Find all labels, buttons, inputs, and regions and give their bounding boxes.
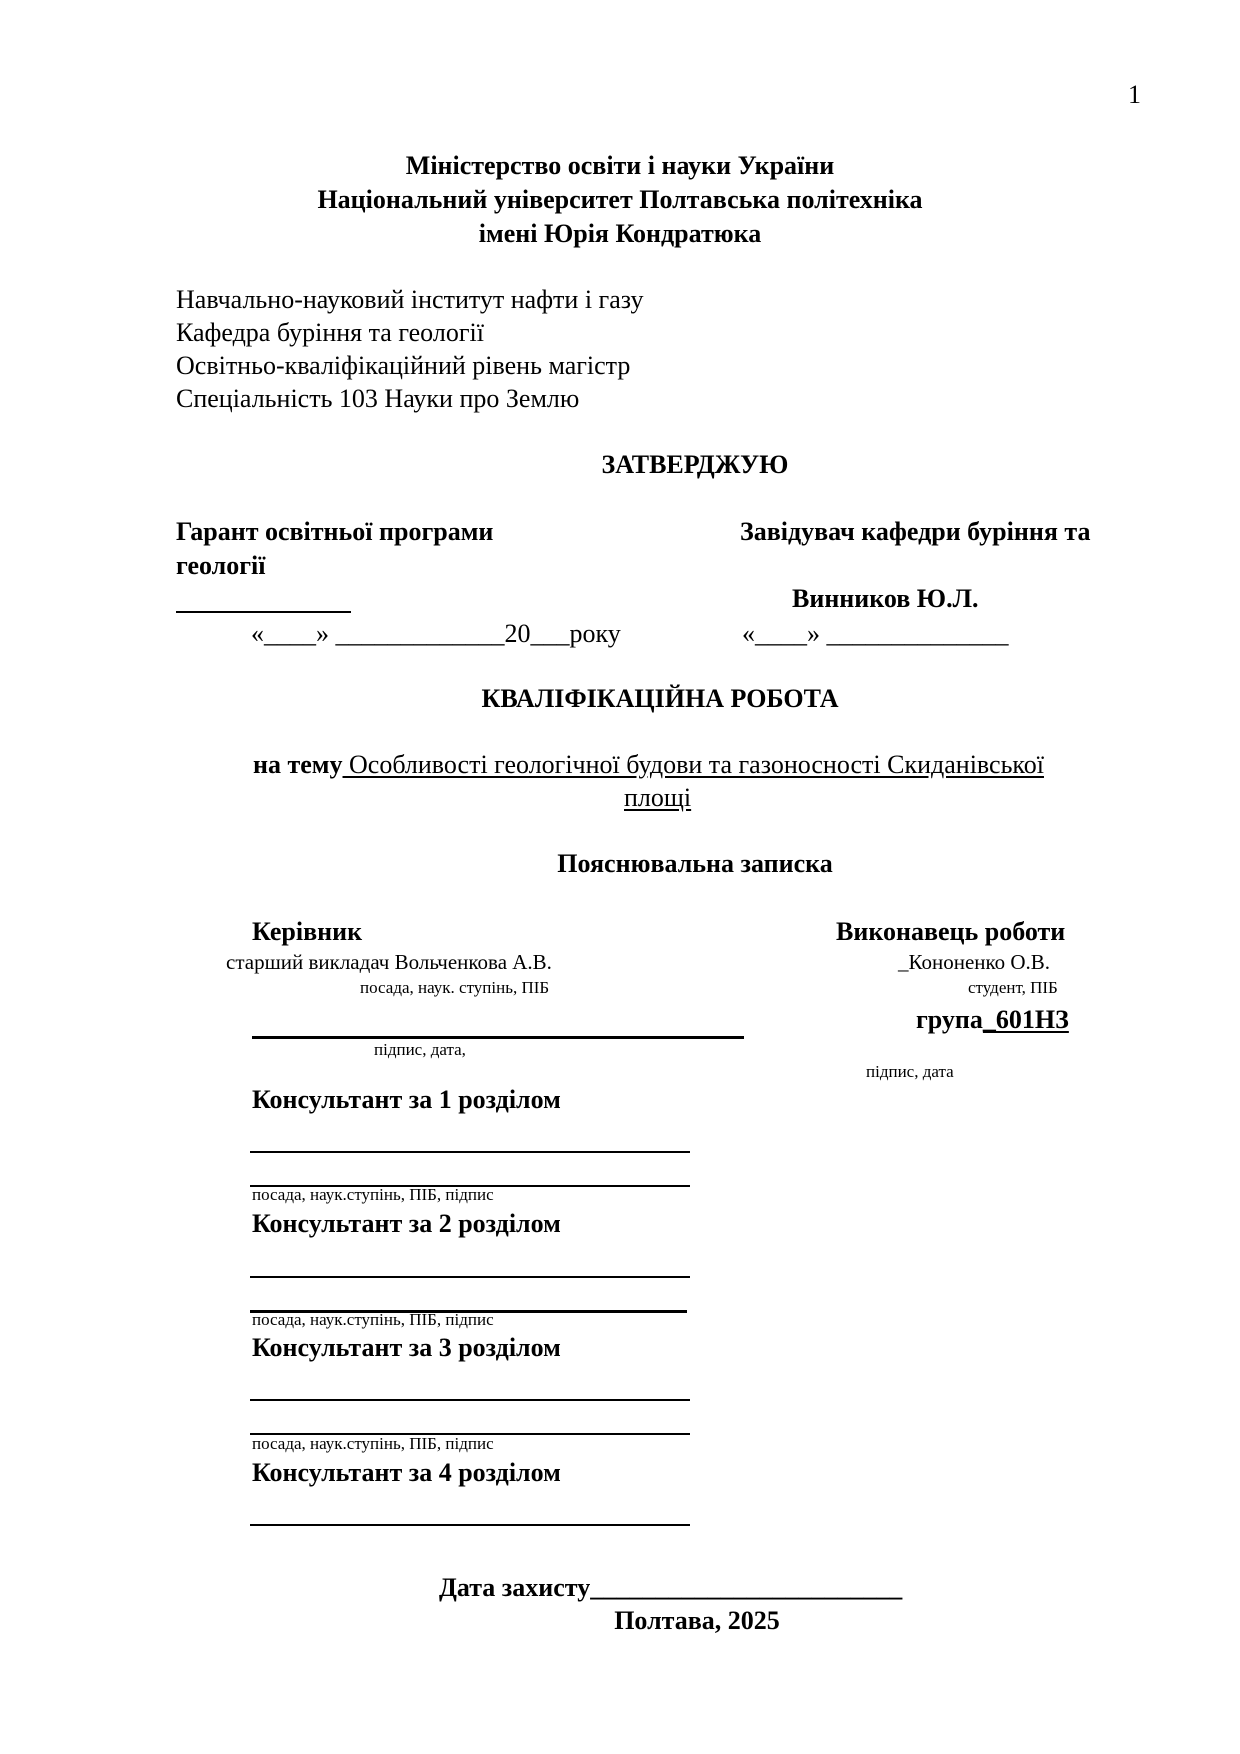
page-number: 1 (1128, 80, 1141, 110)
approval-title: ЗАТВЕРДЖУЮ (0, 450, 1240, 480)
topic-line: на тему Особливості геологічної будови т… (253, 750, 1044, 780)
specialty-line: Спеціальність 103 Науки про Землю (176, 384, 579, 414)
level-line: Освітньо-кваліфікаційний рівень магістр (176, 351, 630, 381)
consultant-3-hint: посада, наук.ступінь, ПІБ, підпис (252, 1434, 494, 1454)
supervisor-signature-line (252, 1036, 744, 1039)
executor-hint: студент, ПІБ (968, 978, 1058, 998)
head-date-field: «____» ______________ (742, 619, 1009, 649)
consultant-2-line-1 (250, 1276, 690, 1278)
topic-text: Особливості геологічної будови та газоно… (343, 750, 1044, 779)
guarantor-title-cont: геології (176, 551, 266, 581)
supervisor-signature-hint: підпис, дата, (374, 1040, 466, 1060)
consultant-4-label: Консультант за 4 розділом (252, 1458, 561, 1488)
work-title: КВАЛІФІКАЦІЙНА РОБОТА (0, 684, 1240, 714)
topic-text-cont: площі (624, 783, 691, 813)
university-name: імені Юрія Кондратюка (0, 219, 1240, 249)
consultant-2-label: Консультант за 2 розділом (252, 1209, 561, 1239)
executor-value: _Кононенко О.В. (898, 950, 1050, 974)
head-of-department-title: Завідувач кафедри буріння та (740, 517, 1090, 547)
supervisor-label: Керівник (252, 917, 362, 947)
city-year: Полтава, 2025 (0, 1606, 1240, 1636)
ministry-title: Міністерство освіти і науки України (0, 151, 1240, 181)
supervisor-hint: посада, наук. ступінь, ПІБ (360, 978, 549, 998)
head-of-department-name: Винников Ю.Л. (792, 584, 978, 614)
guarantor-date-field: «____» _____________20___року (251, 619, 621, 649)
defense-date-label: Дата захисту (439, 1573, 590, 1602)
topic-label: на тему (253, 750, 343, 779)
executor-signature-hint: підпис, дата (866, 1062, 954, 1082)
university-title: Національний університет Полтавська полі… (0, 185, 1240, 215)
consultant-3-line-1 (250, 1399, 690, 1401)
consultant-4-line-1 (250, 1524, 690, 1526)
defense-date-blank: ________________________ (590, 1573, 902, 1602)
supervisor-value: старший викладач Вольченкова А.В. (226, 950, 552, 974)
consultant-3-label: Консультант за 3 розділом (252, 1333, 561, 1363)
consultant-2-hint: посада, наук.ступінь, ПІБ, підпис (252, 1310, 494, 1330)
department-line: Кафедра буріння та геології (176, 318, 484, 348)
group-label: група (916, 1005, 983, 1034)
group-value: _601НЗ (983, 1005, 1069, 1034)
explanatory-note-title: Пояснювальна записка (0, 849, 1240, 879)
consultant-1-label: Консультант за 1 розділом (252, 1085, 561, 1115)
defense-date-line: Дата захисту________________________ (439, 1573, 902, 1603)
institute-line: Навчально-науковий інститут нафти і газу (176, 285, 643, 315)
group-line: група_601НЗ (916, 1005, 1069, 1035)
executor-label: Виконавець роботи (836, 917, 1065, 947)
consultant-1-hint: посада, наук.ступінь, ПІБ, підпис (252, 1185, 494, 1205)
guarantor-title: Гарант освітньої програми (176, 517, 493, 547)
consultant-1-line-1 (250, 1151, 690, 1153)
guarantor-signature-line (176, 611, 351, 613)
